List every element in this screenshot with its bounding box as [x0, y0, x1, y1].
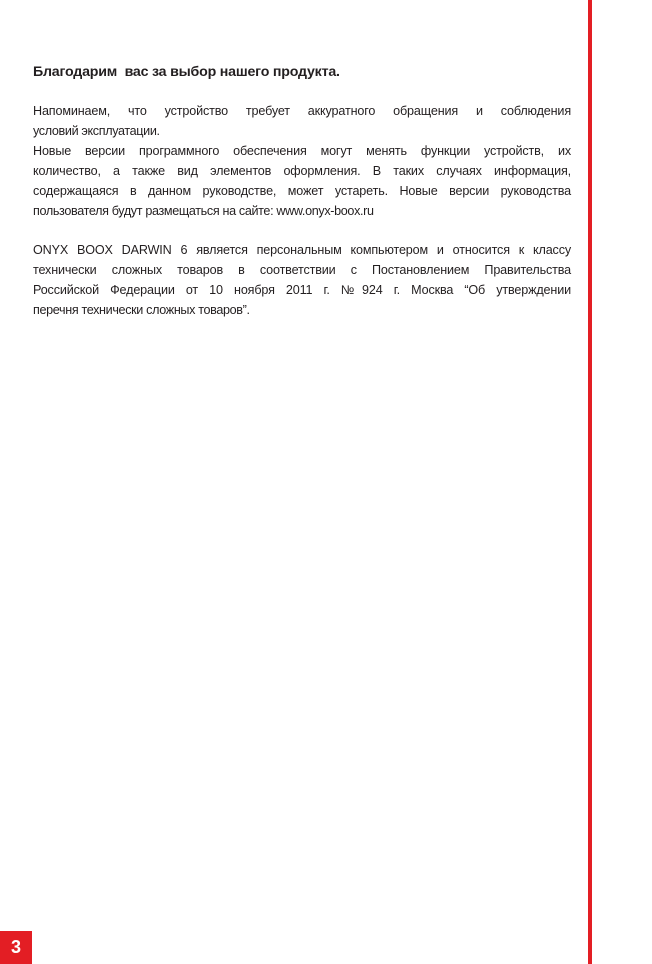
paragraph-software-versions: Новые версии программного обеспечения мо…: [33, 142, 571, 222]
paragraph-care-notice: Напоминаем, что устройство требует аккур…: [33, 102, 571, 142]
paragraph-line: технически сложных товаров в соответстви…: [33, 261, 571, 281]
paragraph-line: Российской Федерации от 10 ноября 2011 г…: [33, 281, 571, 301]
page-number-badge: 3: [0, 931, 32, 964]
document-page: Благодарим вас за выбор нашего продукта.…: [0, 0, 652, 964]
paragraph-line: Напоминаем, что устройство требует аккур…: [33, 102, 571, 122]
paragraph-line: количество, а также вид элементов оформл…: [33, 162, 571, 182]
paragraph-line: Новые версии программного обеспечения мо…: [33, 142, 571, 162]
paragraph-line: ONYX BOOX DARWIN 6 является персональным…: [33, 241, 571, 261]
paragraph-legal-classification: ONYX BOOX DARWIN 6 является персональным…: [33, 241, 571, 321]
page-content: Благодарим вас за выбор нашего продукта.…: [33, 62, 571, 321]
paragraph-line: содержащаяся в данном руководстве, может…: [33, 182, 571, 202]
red-margin-bar: [588, 0, 592, 964]
paragraph-line: перечня технически сложных товаров”.: [33, 301, 571, 321]
page-heading: Благодарим вас за выбор нашего продукта.: [33, 62, 571, 82]
paragraph-line-with-website: пользователя будут размещаться на сайте:…: [33, 202, 571, 222]
paragraph-line: условий эксплуатации.: [33, 122, 571, 142]
